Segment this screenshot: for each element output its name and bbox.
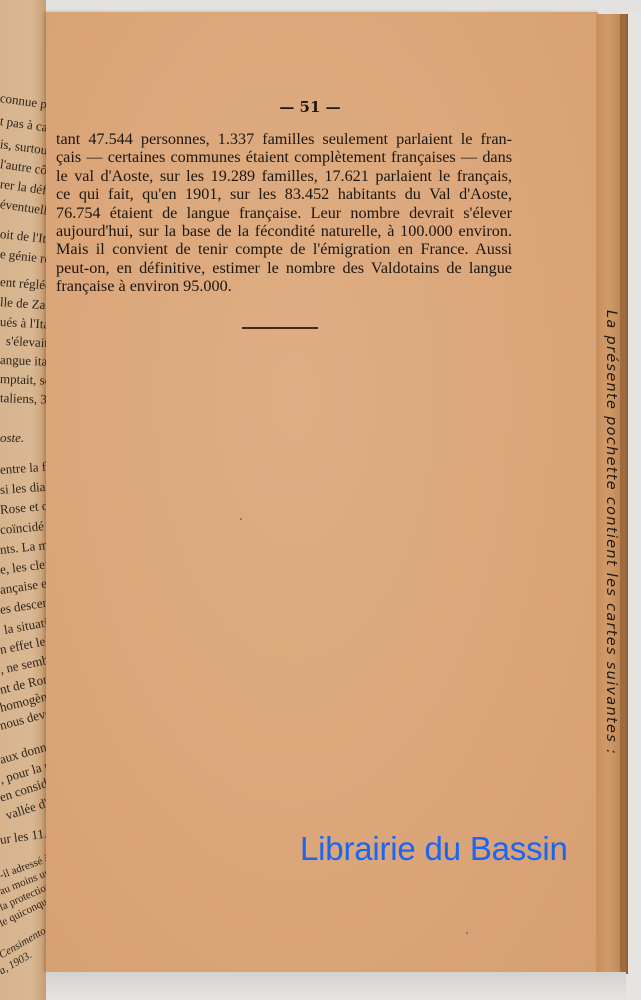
scan-backdrop-bottom [46, 972, 626, 1000]
text-line: Mais il convient de tenir compte de l'ém… [56, 240, 512, 258]
text-line: le val d'Aoste, sur les 19.289 familles,… [56, 167, 512, 185]
previous-page-line: entre la fron [0, 458, 46, 478]
previous-page-line: angue italienn [0, 352, 46, 371]
text-line: peut-on, en définitive, estimer le nombr… [56, 259, 512, 277]
body-paragraph: tant 47.544 personnes, 1.337 familles se… [56, 130, 512, 296]
paper-speck [240, 518, 242, 520]
paper-speck [466, 932, 468, 934]
previous-page-line: si les dialecte [0, 477, 46, 498]
paper-speck [466, 142, 468, 144]
previous-page-line: oste. [0, 430, 24, 446]
previous-page-line: taliens, 3.51 [0, 390, 46, 408]
previous-page-line: ués à l'Italie [0, 314, 46, 333]
previous-page-line: ent réglée pa [0, 274, 46, 295]
previous-page-line: s'élevait en [6, 333, 46, 352]
previous-page-line: éventuelles i [0, 196, 46, 221]
previous-page-line: Rose et du Si [0, 496, 46, 518]
previous-page-line: nts. La mon [0, 536, 46, 558]
pocket-label-text: La présente pochette contient les cartes… [603, 310, 619, 755]
book-page: — 51 — tant 47.544 personnes, 1.337 fami… [46, 12, 598, 972]
text-line: çais — certaines communes étaient complè… [56, 148, 512, 166]
text-line: tant 47.544 personnes, 1.337 familles se… [56, 130, 512, 148]
previous-page-line: oit de l'Italie [0, 226, 46, 249]
previous-page-edge: connue par t pas à cause is, surtout, d … [0, 0, 46, 1000]
section-divider-rule [242, 327, 318, 329]
previous-page-line: e génie romai [0, 246, 46, 269]
pocket-label: La présente pochette contient les cartes… [597, 310, 627, 690]
text-line: 76.754 étaient de langue française. Leur… [56, 204, 512, 222]
text-line: aujourd'hui, sur la base de la fécondité… [56, 222, 512, 240]
text-line: française à environ 95.000. [56, 277, 512, 295]
seller-watermark: Librairie du Bassin [300, 830, 568, 868]
previous-page-line: lle de Zara e [0, 294, 46, 314]
previous-page-line: e, les clefs d [0, 554, 46, 578]
text-line: ce qui fait, qu'en 1901, sur les 83.452 … [56, 185, 512, 203]
previous-page-line: coïncidé avec [0, 516, 46, 538]
previous-page-line: mptait, selon l [0, 371, 46, 390]
page-number: — 51 — [34, 98, 586, 116]
previous-page-line: ur les 11.111 [0, 823, 46, 848]
previous-page-line: t pas à cause [0, 113, 46, 138]
